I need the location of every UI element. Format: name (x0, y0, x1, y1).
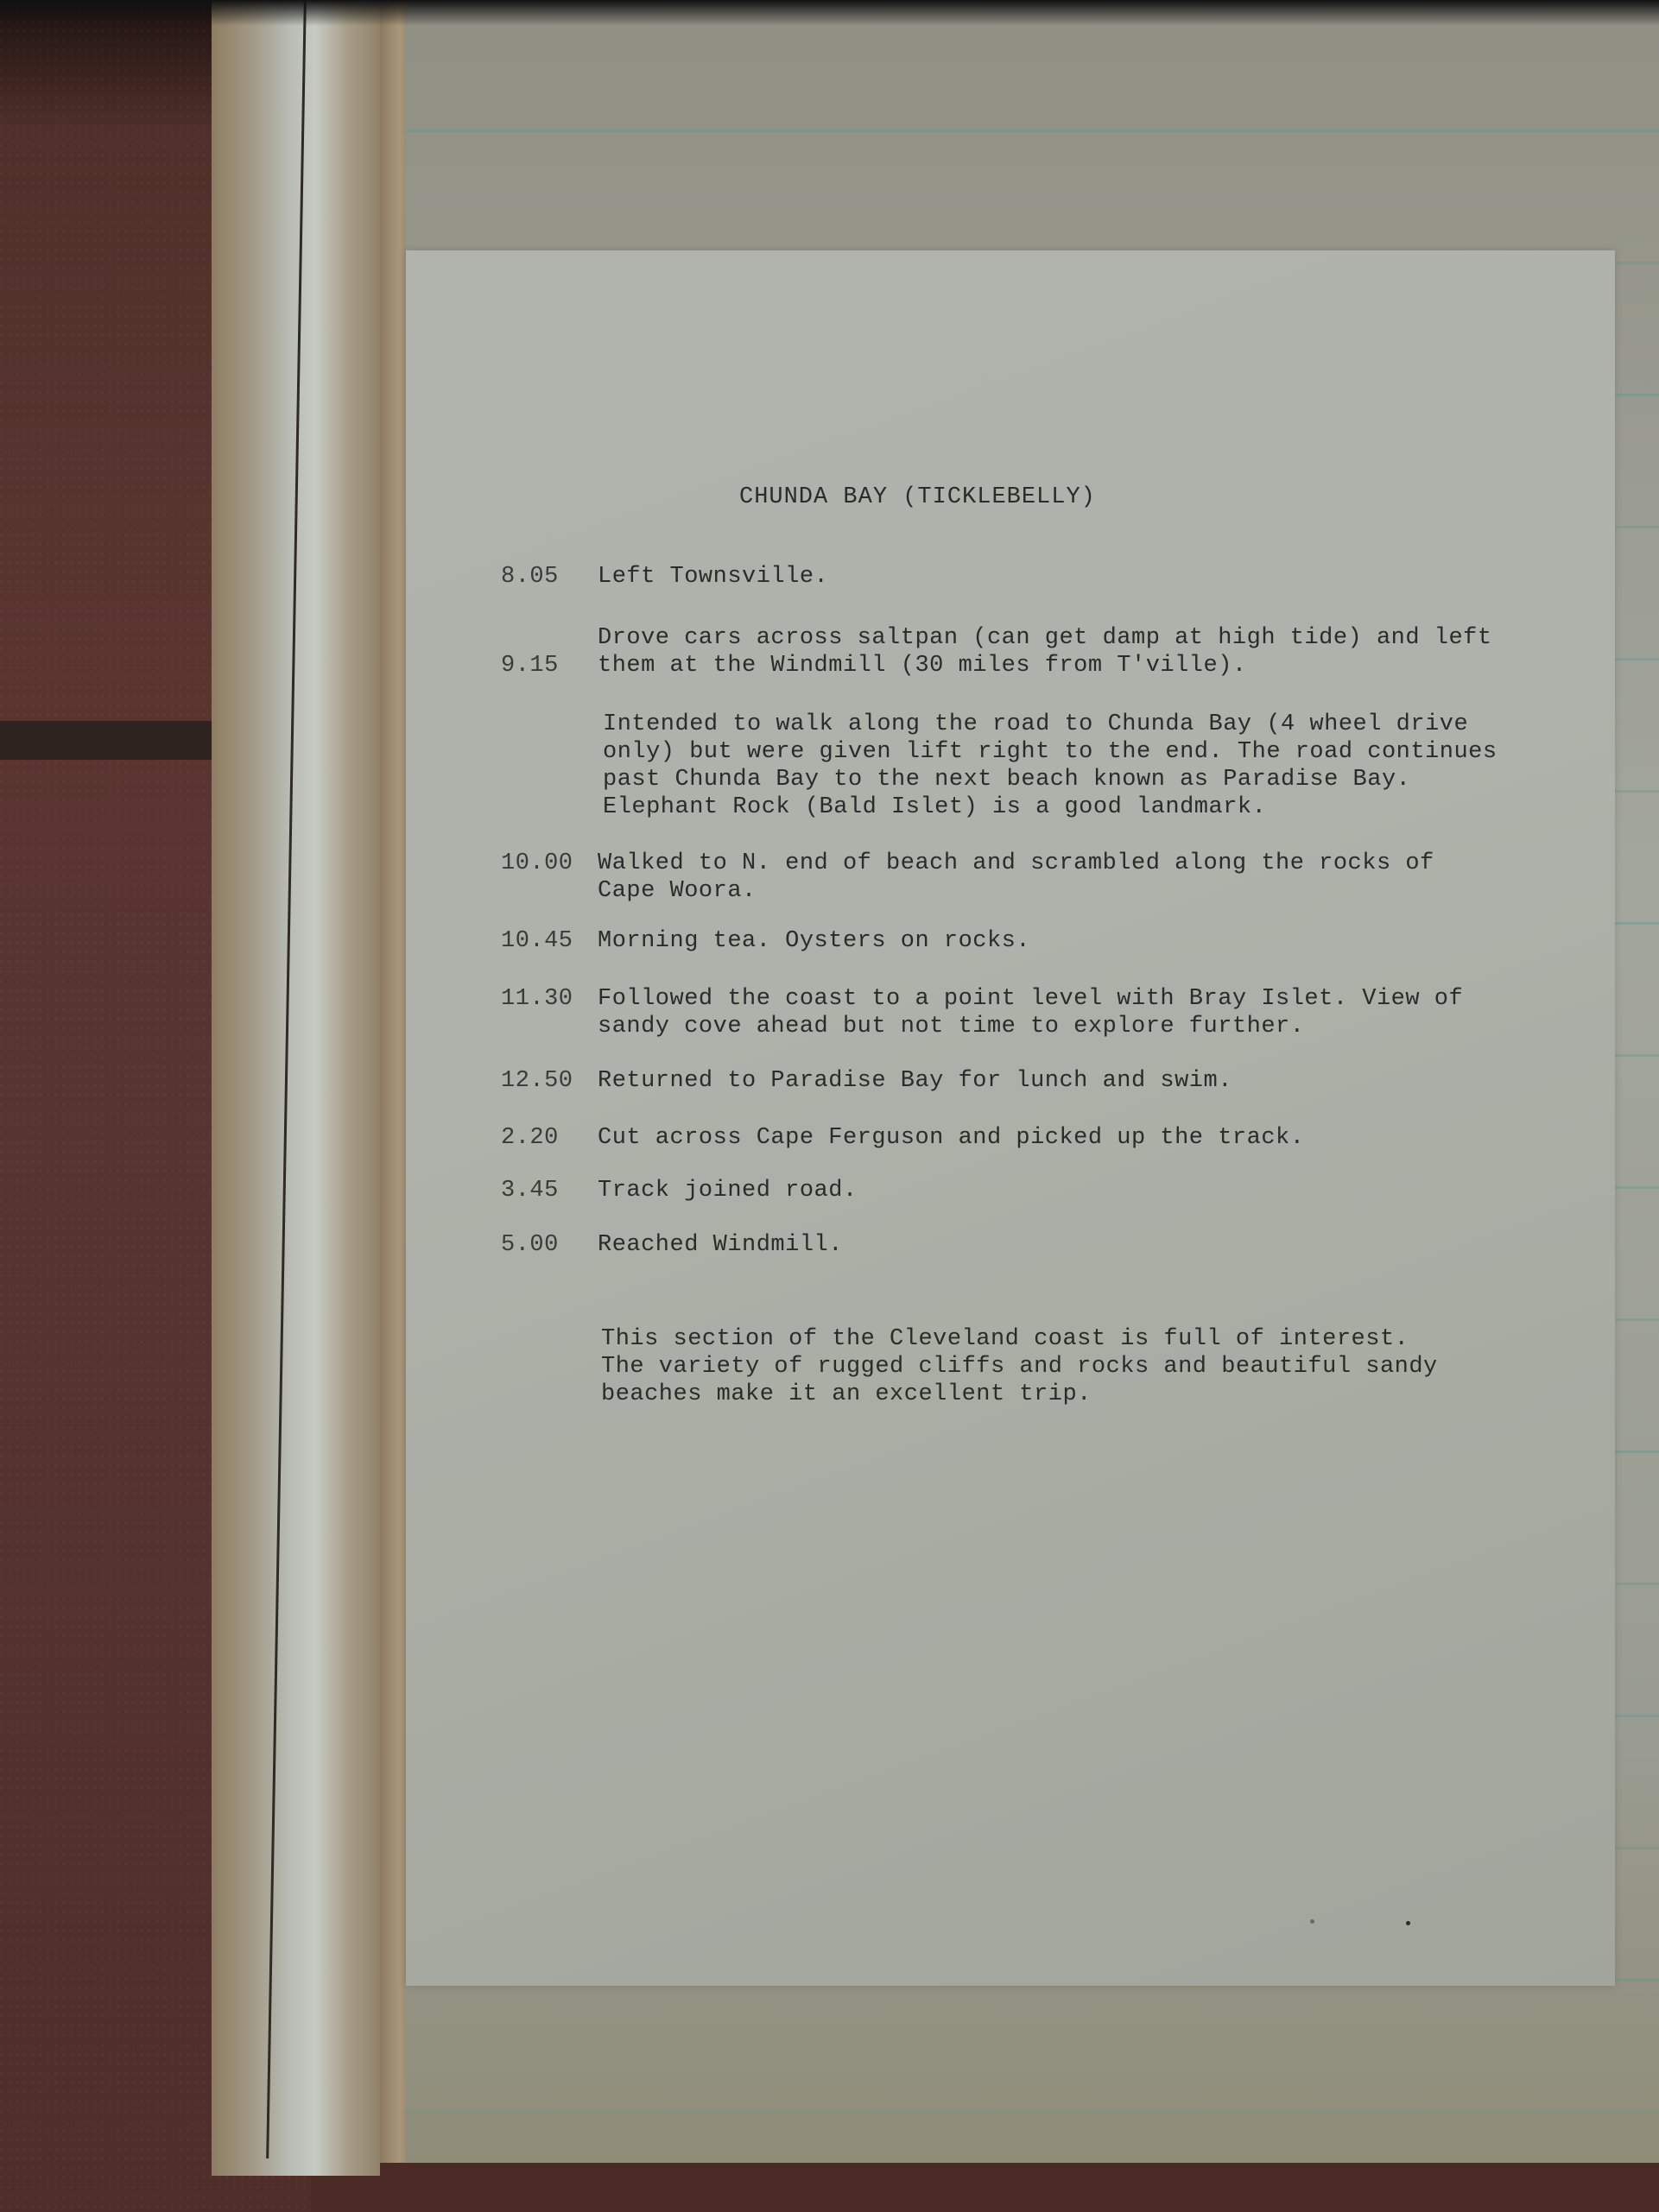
log-entry: 10.45 Morning tea. Oysters on rocks. (501, 927, 1494, 955)
entry-text: Returned to Paradise Bay for lunch and s… (598, 1067, 1494, 1095)
entry-text: Walked to N. end of beach and scrambled … (598, 850, 1494, 905)
log-entry: 10.00 Walked to N. end of beach and scra… (501, 850, 1494, 905)
log-entry: 12.50 Returned to Paradise Bay for lunch… (501, 1067, 1494, 1095)
paper-speck (1406, 1921, 1410, 1925)
log-entry: 9.15 Drove cars across saltpan (can get … (501, 624, 1494, 679)
document-title: CHUNDA BAY (TICKLEBELLY) (739, 483, 1096, 511)
entry-text: Followed the coast to a point level with… (598, 985, 1494, 1040)
top-shadow (0, 0, 1659, 26)
entry-time: 10.45 (501, 927, 598, 955)
entry-text: Reached Windmill. (598, 1231, 1494, 1259)
table-surface-bottom (380, 2163, 1659, 2212)
typed-sheet: CHUNDA BAY (TICKLEBELLY) 8.05 Left Towns… (406, 250, 1615, 1986)
paper-speck (1310, 1919, 1314, 1924)
entry-text: Track joined road. (598, 1177, 1494, 1204)
entry-time: 11.30 (501, 985, 598, 1040)
document-body: CHUNDA BAY (TICKLEBELLY) 8.05 Left Towns… (406, 250, 1615, 1986)
entry-text: Cut across Cape Ferguson and picked up t… (598, 1124, 1494, 1152)
entry-time: 9.15 (501, 624, 598, 679)
entry-time: 5.00 (501, 1231, 598, 1259)
log-entry: 8.05 Left Townsville. (501, 563, 1494, 591)
trip-summary: This section of the Cleveland coast is f… (601, 1325, 1508, 1408)
entry-text: Left Townsville. (598, 563, 1494, 591)
log-entry: 5.00 Reached Windmill. (501, 1231, 1494, 1259)
entry-text: Morning tea. Oysters on rocks. (598, 927, 1494, 955)
entry-time: 12.50 (501, 1067, 598, 1095)
entry-time: 2.20 (501, 1124, 598, 1152)
log-entry: 3.45 Track joined road. (501, 1177, 1494, 1204)
entry-text: Drove cars across saltpan (can get damp … (598, 624, 1494, 679)
entry-time: 8.05 (501, 563, 598, 591)
entry-time: 3.45 (501, 1177, 598, 1204)
log-entry: 11.30 Followed the coast to a point leve… (501, 985, 1494, 1040)
entry-note: Intended to walk along the road to Chund… (603, 711, 1510, 821)
entry-time: 10.00 (501, 850, 598, 905)
log-entry: 2.20 Cut across Cape Ferguson and picked… (501, 1124, 1494, 1152)
